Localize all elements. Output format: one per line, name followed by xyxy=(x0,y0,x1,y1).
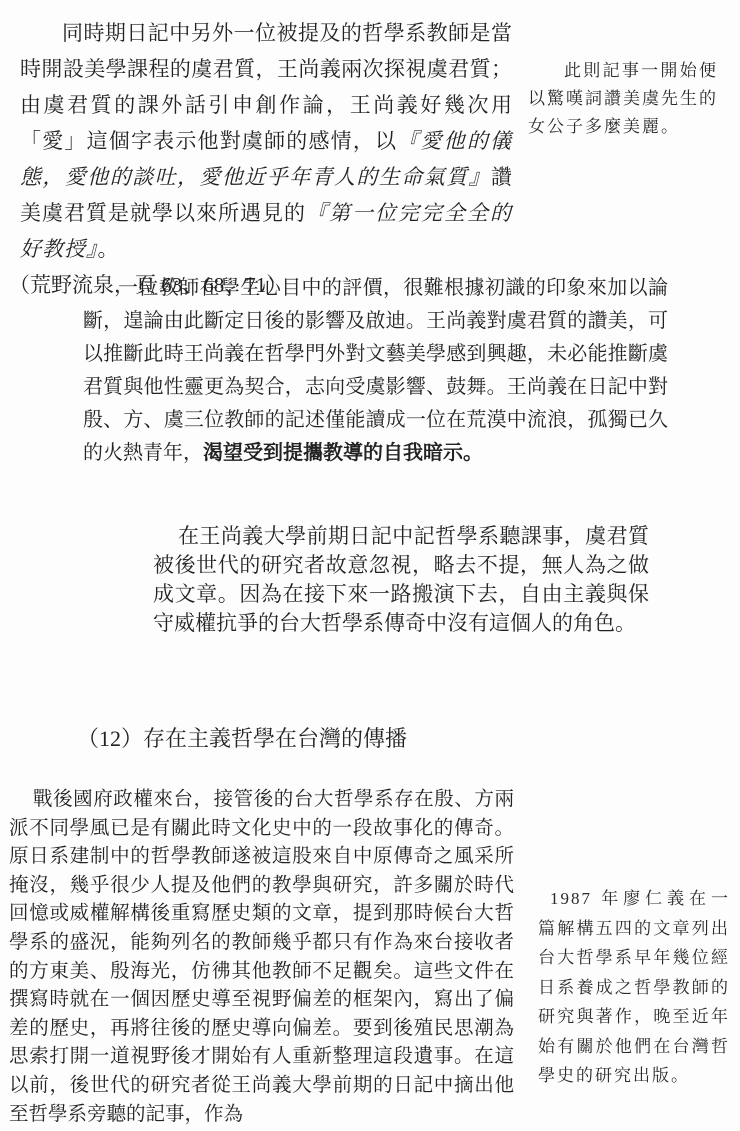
section-heading-12: （12）存在主義哲學在台灣的傳播 xyxy=(77,723,407,755)
paragraph-yu-ignored: 在王尚義大學前期日記中記哲學系聽課事，虞君質被後世代的研究者故意忽視，略去不提，… xyxy=(153,522,649,638)
margin-note-liao-renyi-1987: 1987 年廖仁義在一篇解構五四的文章列出台大哲學系早年幾位經日系養成之哲學教師… xyxy=(538,884,730,1091)
margin-note-yu-daughter: 此則記事一開始便以驚嘆詞讚美虞先生的女公子多麼美麗。 xyxy=(528,57,718,141)
paragraph-diary-teacher-yu: 同時期日記中另外一位被提及的哲學系教師是當時開設美學課程的虞君質，王尚義兩次探視… xyxy=(20,15,512,303)
paragraph2-bold-conclusion: 渴望受到提攜教導的自我暗示。 xyxy=(203,442,483,464)
paragraph-teacher-evaluation: 一位教師在學生心目中的評價，很難根據初識的印象來加以論斷，遑論由此斷定日後的影響… xyxy=(83,272,668,470)
paragraph-postwar-philosophy: 戰後國府政權來台，接管後的台大哲學系存在殷、方兩派不同學風已是有關此時文化史中的… xyxy=(9,786,514,1129)
paragraph2-text: 一位教師在學生心目中的評價，很難根據初識的印象來加以論斷，遑論由此斷定日後的影響… xyxy=(83,277,668,464)
paragraph1-period: 。 xyxy=(98,237,119,261)
